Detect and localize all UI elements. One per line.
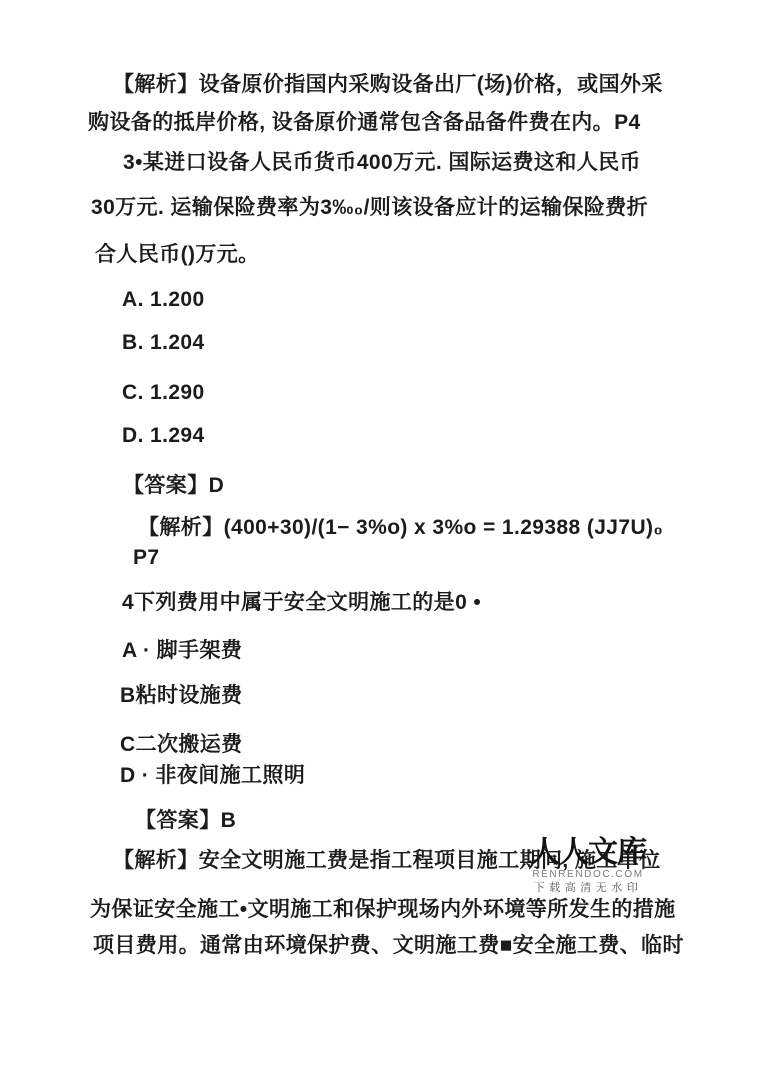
q4-analysis-line-2: 为保证安全施工•文明施工和保护现场内外环境等所发生的措施 (90, 897, 676, 923)
q2-analysis-line-1: 【解析】设备原价指国内采购设备出厂(场)价格，或国外采 (113, 72, 663, 98)
q3-analysis-line-1: 【解析】(400+30)/(1− 3%o) x 3%o = 1.29388 (J… (138, 515, 663, 541)
q3-stem-line-3: 合人民币()万元。 (95, 242, 260, 268)
q2-analysis-line-2: 购设备的抵岸价格, 设备原价通常包含备品备件费在内。P4 (88, 110, 641, 136)
q3-stem-line-1: 3•某迸口设备人民币货币400万元. 国际运费这和人民币 (123, 150, 641, 176)
watermark-tagline-text: 下载高清无水印 (529, 882, 647, 895)
q3-analysis-line-2: P7 (133, 545, 160, 571)
q3-option-c: C. 1.290 (122, 380, 205, 406)
q3-stem-line-2: 30万元. 运输保险费率为3‰₀/则该设备应计的运输保险费折 (91, 195, 648, 221)
document-page: 【解析】设备原价指国内采购设备出厂(场)价格，或国外采 购设备的抵岸价格, 设备… (0, 0, 763, 1080)
q3-option-a: A. 1.200 (122, 287, 205, 313)
q4-answer: 【答案】B (135, 808, 236, 834)
q4-option-a: A · 脚手架费 (122, 638, 242, 664)
q4-analysis-line-3: 项目费用。通常由环境保护费、文明施工费■安全施工费、临时 (93, 933, 684, 959)
q4-option-c: C二次搬运费 (120, 732, 243, 758)
q4-stem: 4下列费用中属于安全文明施工的是0 • (122, 590, 481, 616)
q3-option-b: B. 1.204 (122, 330, 205, 356)
q3-answer: 【答案】D (123, 473, 224, 499)
q4-option-d: D · 非夜间施工照明 (120, 763, 305, 789)
q4-option-b: B粘时设施费 (120, 683, 243, 709)
q4-analysis-line-1: 【解析】安全文明施工费是指工程项目施工期问, 施工单位 (113, 848, 660, 874)
q3-option-d: D. 1.294 (122, 423, 205, 449)
